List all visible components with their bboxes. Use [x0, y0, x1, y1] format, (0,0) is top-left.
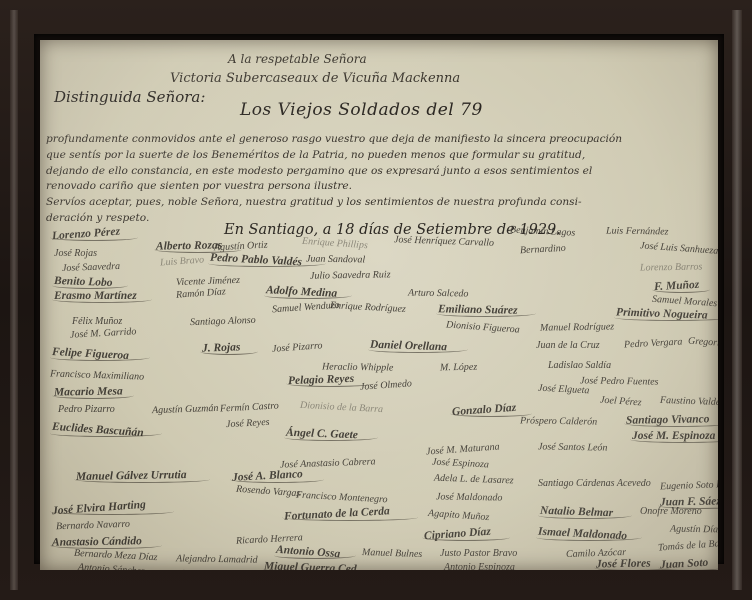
frame-bevel-left: [10, 10, 18, 590]
signature-flourish: [536, 534, 642, 541]
signature: Bernardino: [520, 243, 566, 256]
frame-bevel-right: [732, 10, 742, 590]
signature: Antonio Espinoza: [444, 562, 515, 570]
sender-heading: Los Viejos Soldados del 79: [240, 100, 483, 120]
signature: Vicente Jiménez: [176, 275, 240, 288]
signature: Julio Saavedra Ruiz: [310, 269, 391, 281]
signature: Félix Muñoz: [72, 316, 122, 327]
signature: Agustín Díaz: [670, 524, 718, 536]
signature-flourish: [230, 476, 324, 483]
parchment-document: A la respetable Señora Victoria Subercas…: [40, 40, 718, 570]
signature-flourish: [652, 286, 710, 293]
signature-flourish: [436, 310, 536, 317]
signature-flourish: [282, 514, 418, 521]
signature: José Saavedra: [62, 261, 120, 274]
signature-flourish: [624, 420, 718, 427]
signature: Luis Bravo: [160, 254, 205, 268]
signature: José Pizarro: [272, 340, 323, 354]
signature-flourish: [538, 512, 632, 519]
signature: José Henríquez Carvallo: [394, 234, 494, 248]
signature-flourish: [200, 348, 258, 355]
signature-flourish: [74, 476, 210, 483]
signature: Alejandro Lamadrid: [176, 553, 258, 565]
signature: Pedro Vergara: [624, 336, 683, 350]
signature: Manuel Bulnes: [362, 547, 423, 560]
signature: Joel Pérez: [600, 395, 642, 409]
signature: Próspero Calderón: [520, 415, 597, 427]
signature: Justo Pastor Bravo: [440, 548, 517, 559]
signature: Rosendo Vargas: [236, 484, 301, 499]
signature: Santiago Cárdenas Acevedo: [538, 478, 651, 489]
body-line: Servíos aceptar, pues, noble Señora, nue…: [46, 195, 716, 211]
signature-flourish: [50, 234, 138, 241]
signature: Bernardo Navarro: [56, 519, 130, 533]
signature: Eugenio Soto Iturra: [660, 479, 718, 493]
signature: Juan de la Cruz: [536, 340, 600, 351]
signature: Gregorio Castillo: [688, 336, 718, 352]
signature-flourish: [50, 354, 150, 361]
signature: Dionisio Figueroa: [446, 319, 520, 335]
address-line-1: A la respetable Señora: [228, 52, 367, 66]
body-line: dejando de ello constancia, en este mode…: [46, 164, 716, 180]
signature: Luis Fernández: [606, 225, 669, 237]
signature-flourish: [264, 292, 352, 299]
signature: Faustino Valdés: [660, 395, 718, 408]
signature-flourish: [50, 508, 174, 515]
signature: Lorenzo Barros: [640, 261, 703, 273]
signature: Manuel Rodríguez: [540, 321, 614, 333]
signature: Tomás de la Barra: [658, 537, 718, 553]
signature: Bernardo Meza Díaz: [74, 548, 158, 563]
signature-flourish: [50, 542, 162, 549]
signature: Antonio Sánchez: [78, 562, 146, 570]
signature: José Rojas: [54, 248, 97, 259]
signature-flourish: [368, 346, 468, 353]
signature: Manuel Gómez: [182, 568, 243, 570]
signature: José Olmedo: [360, 378, 413, 393]
signature: Francisco Montenegro: [296, 490, 388, 506]
signature: José Luis Sanhueza: [640, 240, 718, 256]
body-line: que sentís por la suerte de los Beneméri…: [46, 148, 716, 164]
signature: Enrique Rodríguez: [330, 300, 406, 315]
signature: Santiago Alonso: [190, 315, 256, 328]
signature: Dionisio de la Barra: [300, 400, 384, 415]
signature: Juan Sandoval: [306, 253, 365, 265]
signature: José M. Garrido: [70, 326, 137, 340]
signature: Agapito Muñoz: [428, 508, 490, 523]
signature: Ramón Díaz: [176, 286, 226, 300]
body-line: renovado cariño que sienten por vuestra …: [46, 179, 716, 195]
signature: José Pedro Fuentes: [580, 375, 659, 387]
signature-flourish: [614, 314, 718, 321]
signature-flourish: [52, 392, 134, 399]
signature: Agustín Guzmán: [152, 403, 219, 416]
signature: José Santos León: [538, 441, 608, 453]
signature: Arturo Salcedo: [408, 287, 469, 299]
signature: Francisco Maximiliano: [50, 368, 144, 382]
signature: Ladislao Saldía: [548, 360, 611, 371]
signature-flourish: [422, 534, 510, 541]
signature-flourish: [52, 296, 152, 303]
signature: Samuel Morales: [652, 294, 718, 310]
signature-flourish: [284, 434, 378, 441]
signature: José Reyes: [226, 417, 270, 430]
signature: M. López: [440, 362, 477, 374]
body-line: profundamente conmovidos ante el generos…: [46, 132, 716, 148]
signature: Pedro Pizarro: [58, 404, 115, 415]
signature: José Maldonado: [436, 491, 503, 503]
signature-flourish: [52, 282, 128, 289]
signature: Enrique Phillips: [302, 236, 368, 252]
salutation: Distinguida Señora:: [54, 88, 205, 106]
signature: Adela L. de Lasarez: [434, 473, 514, 487]
signature: José Espinoza: [432, 457, 489, 471]
letter-body: profundamente conmovidos ante el generos…: [46, 132, 716, 227]
address-line-2: Victoria Subercaseaux de Vicuña Mackenna: [170, 71, 460, 86]
signature-flourish: [50, 430, 162, 437]
signature: José M. Maturana: [426, 441, 500, 457]
signature-flourish: [274, 552, 356, 559]
signature: Fermín Castro: [220, 400, 279, 414]
signature: Heraclio Whipple: [322, 361, 394, 373]
signature-flourish: [262, 568, 380, 570]
signature: Onofre Moreno: [640, 506, 702, 517]
